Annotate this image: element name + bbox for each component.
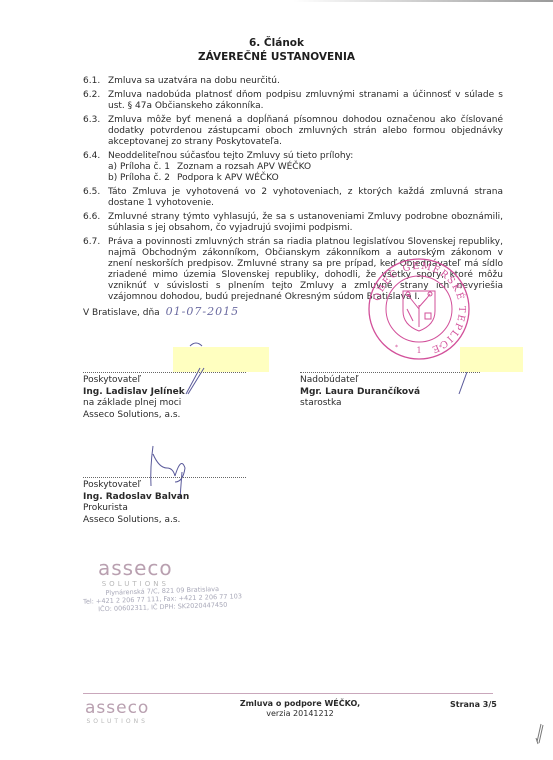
- footer-logo: asseco SOLUTIONS: [85, 698, 149, 725]
- signature-line: [300, 372, 480, 373]
- clause-number: 6.6.: [83, 212, 108, 234]
- signatory-role: Poskytovateľ: [83, 375, 246, 387]
- clause: 6.4. Neoddeliteľnou súčasťou tejto Zmluv…: [83, 151, 503, 184]
- clause-text: Zmluva sa uzatvára na dobu neurčitú.: [108, 76, 503, 87]
- clause-number: 6.7.: [83, 237, 108, 303]
- svg-text:*: *: [439, 344, 442, 351]
- page-number: Strana 3/5: [450, 700, 497, 709]
- article-title: ZÁVEREČNÉ USTANOVENIA: [0, 51, 553, 63]
- signatory-role: Poskytovateľ: [83, 480, 246, 492]
- signatory-title: starostka: [300, 398, 480, 410]
- scan-edge-shadow: [293, 0, 553, 2]
- clause-text: Zmluva nadobúda platnosť dňom podpisu zm…: [108, 90, 503, 112]
- clause-number: 6.3.: [83, 115, 108, 148]
- municipal-stamp-icon: OBEC GEMERSKÉ TEPLICE 1 * *: [367, 257, 471, 361]
- signatory-detail: na základe plnej moci: [83, 398, 246, 410]
- initials-mark-icon: [532, 722, 546, 748]
- footer-divider: [83, 693, 493, 694]
- signature-line: [83, 372, 246, 373]
- company-stamp-logo: asseco SOLUTIONS: [98, 556, 173, 588]
- signature-block-acquirer: Nadobúdateľ Mgr. Laura Durančíková staro…: [300, 372, 480, 410]
- svg-text:*: *: [395, 344, 398, 351]
- company-stamp-address: Plynárenská 7/C, 821 09 Bratislava Tel: …: [80, 584, 246, 614]
- signatory-name: Ing. Radoslav Balvan: [83, 492, 246, 504]
- handwritten-date: 01-07-2015: [166, 305, 239, 318]
- signing-date: V Bratislave, dňa 01-07-2015: [83, 305, 239, 318]
- article-number: 6. Článok: [0, 37, 553, 49]
- clause-number: 6.1.: [83, 76, 108, 87]
- clause-number: 6.5.: [83, 187, 108, 209]
- clause-text: Zmluvné strany týmto vyhlasujú, že sa s …: [108, 212, 503, 234]
- signatory-company: Asseco Solutions, a.s.: [83, 515, 246, 527]
- clause-text: Zmluva môže byť menená a dopĺňaná písomn…: [108, 115, 503, 148]
- clause-number: 6.2.: [83, 90, 108, 112]
- signatory-name: Mgr. Laura Durančíková: [300, 387, 480, 399]
- clause: 6.5. Táto Zmluva je vyhotovená vo 2 vyho…: [83, 187, 503, 209]
- signatory-title: Prokurista: [83, 503, 246, 515]
- attachment-item: b) Príloha č. 2 Podpora k APV WÉČKO: [108, 173, 503, 184]
- redaction-box: [460, 347, 523, 372]
- clause-number: 6.4.: [83, 151, 108, 184]
- clause: 6.2. Zmluva nadobúda platnosť dňom podpi…: [83, 90, 503, 112]
- signature-block-provider-2: Poskytovateľ Ing. Radoslav Balvan Prokur…: [83, 477, 246, 526]
- clause-text: Neoddeliteľnou súčasťou tejto Zmluvy sú …: [108, 151, 503, 162]
- signature-line: [83, 477, 246, 478]
- clause-text: Táto Zmluva je vyhotovená vo 2 vyhotoven…: [108, 187, 503, 209]
- signatory-name: Ing. Ladislav Jelínek: [83, 387, 246, 399]
- clause: 6.1. Zmluva sa uzatvára na dobu neurčitú…: [83, 76, 503, 87]
- footer-document-title: Zmluva o podpore WÉČKO, verzia 20141212: [230, 699, 370, 719]
- clause: 6.3. Zmluva môže byť menená a dopĺňaná p…: [83, 115, 503, 148]
- signature-block-provider-1: Poskytovateľ Ing. Ladislav Jelínek na zá…: [83, 372, 246, 421]
- clause: 6.6. Zmluvné strany týmto vyhlasujú, že …: [83, 212, 503, 234]
- svg-text:1: 1: [416, 346, 421, 355]
- signatory-company: Asseco Solutions, a.s.: [83, 410, 246, 422]
- attachment-item: a) Príloha č. 1 Zoznam a rozsah APV WÉČK…: [108, 162, 503, 173]
- signatory-role: Nadobúdateľ: [300, 375, 480, 387]
- place-label: V Bratislave, dňa: [83, 308, 160, 318]
